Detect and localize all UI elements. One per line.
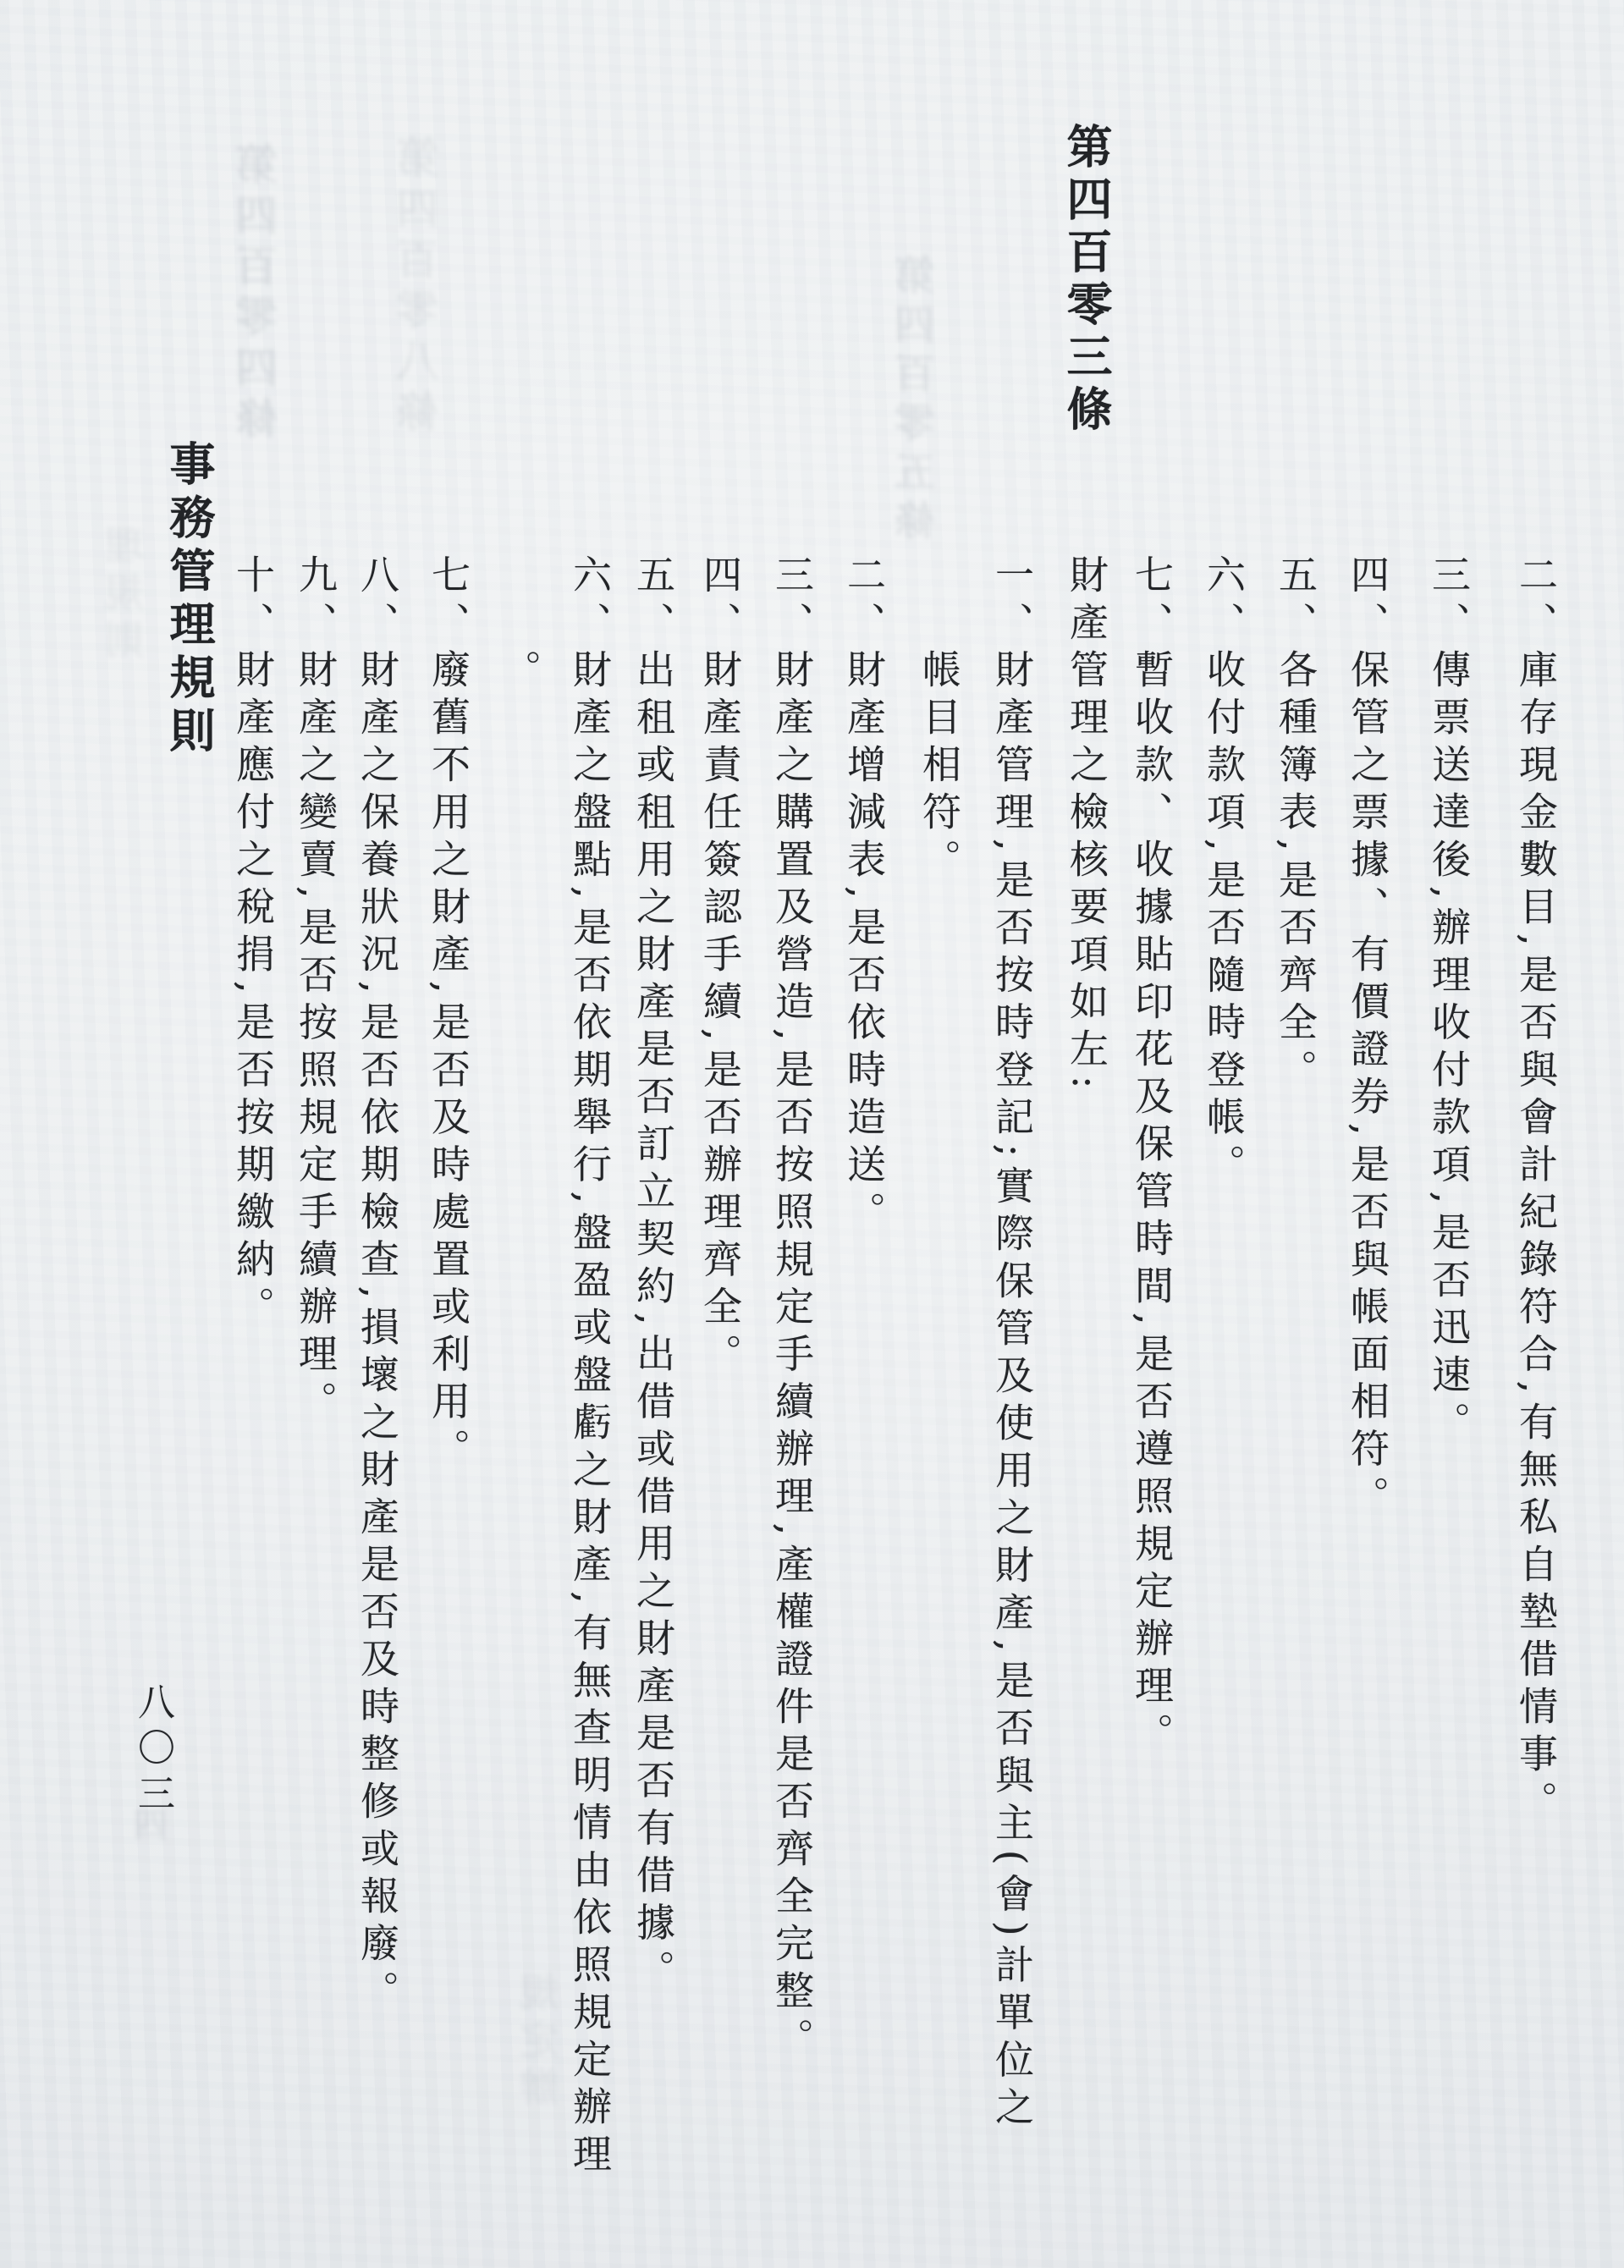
item-5: 五、出租或租用之財產是否訂立契約,出借或借用之財產是否有借據。: [634, 554, 673, 1997]
item-3: 三、財產之購置及營造,是否按照規定手續辦理,產權證件是否齊全完整。: [773, 554, 812, 2065]
bleedthrough-ghost-1: 第四百零四條: [239, 142, 281, 447]
page-number: 八〇三: [134, 1682, 171, 1819]
item-10: 十、財產應付之稅捐,是否按期繳納。: [234, 554, 273, 1334]
prev-item-4: 四、保管之票據、有價證券,是否與帳面相符。: [1348, 554, 1387, 1523]
prev-item-2: 二、庫存現金數目,是否與會計紀錄符合,有無私自墊借情事。: [1517, 554, 1555, 1828]
item-4: 四、財產責任簽認手續,是否辦理齊全。: [701, 554, 740, 1381]
prev-item-7: 七、暫收款、收據貼印花及保管時間,是否遵照規定辦理。: [1132, 554, 1171, 1760]
bleedthrough-ghost-6: 規定辦: [522, 1972, 561, 2114]
prev-item-5: 五、各種簿表,是否齊全。: [1276, 554, 1315, 1097]
item-9: 九、財產之變賣,是否按照規定手續辦理。: [296, 554, 335, 1429]
bleedthrough-ghost-4: 四: [136, 1807, 170, 1849]
article-intro: 財產管理之檢核要項如左:: [1067, 554, 1106, 1098]
item-1-line-2: 帳目相符。: [920, 649, 959, 886]
item-1-line-1: 一、財產管理,是否按時登記;實際保管及使用之財產,是否與主(會)計單位之: [993, 554, 1032, 2134]
item-7: 七、廢舊不用之財產,是否及時處置或利用。: [429, 554, 468, 1476]
running-header: 事務管理規則: [167, 440, 212, 760]
item-8: 八、財產之保養狀況,是否依期檢查,損壞之財產是否及時整修或報廢。: [358, 554, 397, 2018]
bleedthrough-ghost-3: 第四百零五條: [898, 254, 939, 548]
bleedthrough-ghost-5: 理規則: [107, 525, 146, 667]
item-6-line-2: 。: [500, 649, 539, 696]
bleedthrough-ghost-2: 第四百零八條: [399, 135, 442, 440]
article-heading: 第四百零三條: [1064, 123, 1109, 438]
prev-item-6: 六、收付款項,是否隨時登帳。: [1204, 554, 1243, 1192]
item-2: 二、財產增減表,是否依時造送。: [845, 554, 884, 1239]
item-6-line-1: 六、財產之盤點,是否依期舉行,盤盈或盤虧之財產,有無查明情由依照規定辦理: [570, 554, 609, 2181]
scanned-book-page: 二、庫存現金數目,是否與會計紀錄符合,有無私自墊借情事。三、傳票送達後,辦理收付…: [0, 0, 1624, 2268]
prev-item-3: 三、傳票送達後,辦理收付款項,是否迅速。: [1429, 554, 1468, 1449]
